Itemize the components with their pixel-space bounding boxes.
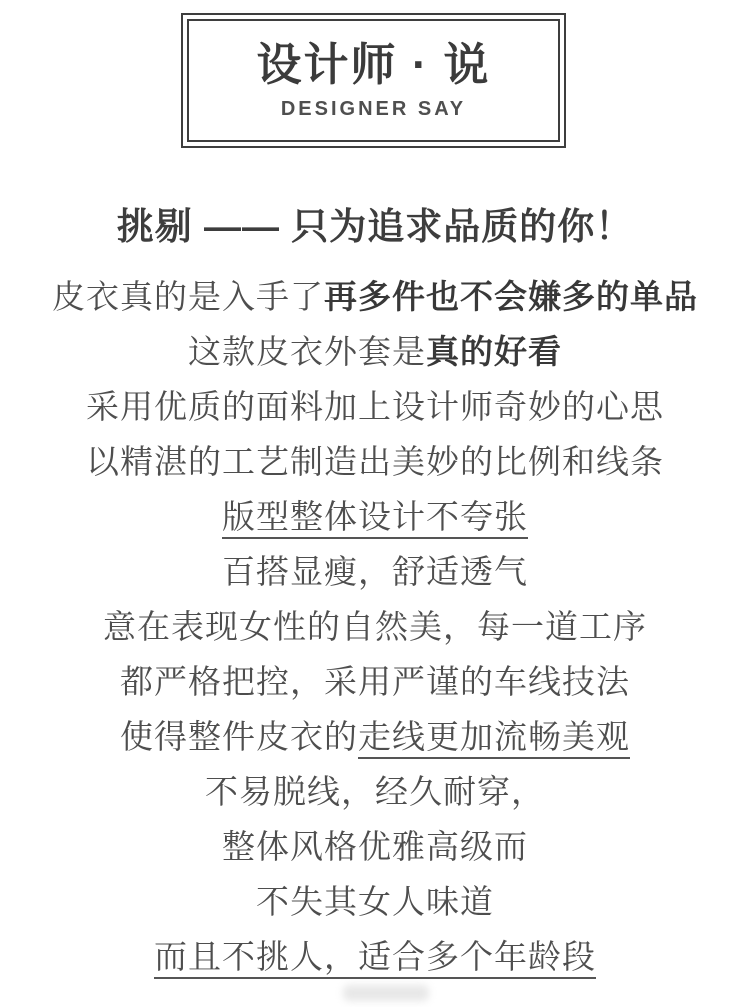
- slogan-heading: 挑剔 —— 只为追求品质的你！: [0, 196, 750, 250]
- description-text-block: 皮衣真的是入手了再多件也不会嫌多的单品 这款皮衣外套是真的好看 采用优质的面料加…: [0, 271, 750, 986]
- designer-say-inner-border: 设计师 · 说 DESIGNER SAY: [187, 19, 560, 142]
- line-segment: 百搭显瘦，舒适透气: [222, 555, 528, 591]
- line-segment: 使得整件皮衣的: [120, 720, 358, 756]
- body-line: 意在表现女性的自然美，每一道工序: [0, 601, 750, 656]
- body-line: 版型整体设计不夸张: [0, 491, 750, 546]
- section-title-chinese: 设计师 · 说: [257, 40, 491, 90]
- line-segment: 都严格把控，采用严谨的车线技法: [120, 665, 630, 701]
- line-segment: 这款皮衣外套是: [188, 335, 426, 371]
- line-segment-underlined: 走线更加流畅美观: [358, 720, 630, 759]
- section-title-english: DESIGNER SAY: [281, 98, 466, 121]
- line-segment-underlined: 版型整体设计不夸张: [222, 500, 528, 539]
- line-segment-bold: 再多件也不会嫌多的单品: [324, 280, 698, 316]
- designer-say-box: 设计师 · 说 DESIGNER SAY: [181, 13, 566, 148]
- line-segment-bold: 真的好看: [426, 335, 562, 371]
- line-segment-underlined: 而且不挑人，适合多个年龄段: [154, 940, 596, 979]
- body-line: 以精湛的工艺制造出美妙的比例和线条: [0, 436, 750, 491]
- body-line: 整体风格优雅高级而: [0, 821, 750, 876]
- body-line: 皮衣真的是入手了再多件也不会嫌多的单品: [0, 271, 750, 326]
- line-segment: 整体风格优雅高级而: [222, 830, 528, 866]
- line-segment: 不易脱线，经久耐穿，: [205, 775, 545, 811]
- line-segment: 皮衣真的是入手了: [52, 280, 324, 316]
- body-line: 使得整件皮衣的走线更加流畅美观: [0, 711, 750, 766]
- body-line: 都严格把控，采用严谨的车线技法: [0, 656, 750, 711]
- next-section-peek: [343, 985, 429, 1001]
- line-segment: 意在表现女性的自然美，每一道工序: [103, 610, 647, 646]
- line-segment: 采用优质的面料加上设计师奇妙的心思: [86, 390, 664, 426]
- body-line: 百搭显瘦，舒适透气: [0, 546, 750, 601]
- body-line: 不失其女人味道: [0, 876, 750, 931]
- line-segment: 不失其女人味道: [256, 885, 494, 921]
- body-line: 采用优质的面料加上设计师奇妙的心思: [0, 381, 750, 436]
- line-segment: 以精湛的工艺制造出美妙的比例和线条: [86, 445, 664, 481]
- body-line: 这款皮衣外套是真的好看: [0, 326, 750, 381]
- body-line: 不易脱线，经久耐穿，: [0, 766, 750, 821]
- body-line: 而且不挑人，适合多个年龄段: [0, 931, 750, 986]
